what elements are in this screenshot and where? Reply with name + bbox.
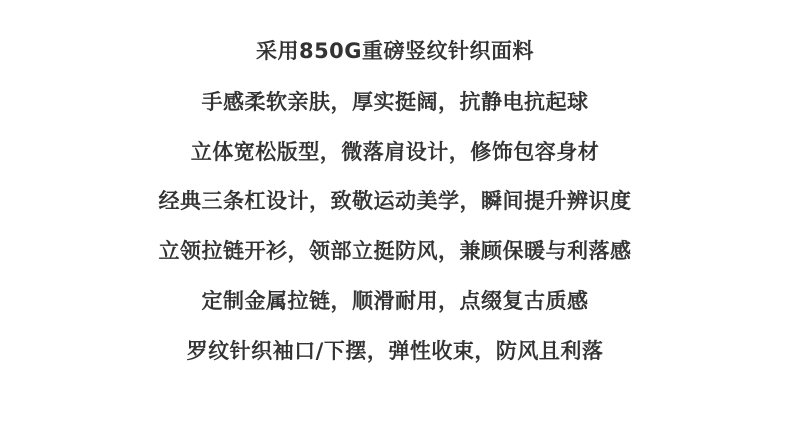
feature-line-fit: 立体宽松版型，微落肩设计，修饰包容身材 [0,137,790,167]
feature-line-feel: 手感柔软亲肤，厚实挺阔，抗静电抗起球 [0,87,790,117]
feature-line-collar: 立领拉链开衫，领部立挺防风，兼顾保暖与利落感 [0,236,790,266]
feature-line-zipper: 定制金属拉链，顺滑耐用，点缀复古质感 [0,286,790,316]
feature-line-fabric: 采用850G重磅竖纹针织面料 [0,36,790,66]
feature-line-cuffs: 罗纹针织袖口/下摆，弹性收束，防风且利落 [0,336,790,366]
feature-line-stripes: 经典三条杠设计，致敬运动美学，瞬间提升辨识度 [0,186,790,216]
